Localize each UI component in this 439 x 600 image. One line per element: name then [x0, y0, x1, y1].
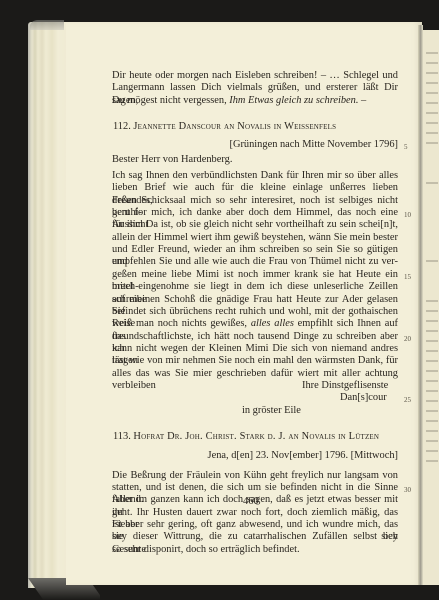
line-number: 20 — [404, 333, 411, 345]
closing-line: Ihre Dinstgeflisenste — [112, 380, 398, 392]
text-line: geht. Ihr Husten dauert zwar noch fort, … — [112, 507, 398, 519]
text-line: deßen Schicksaal mich so sehr interesire… — [112, 195, 398, 207]
facing-page-text-ghost — [426, 430, 438, 432]
line-number: 30 — [404, 484, 411, 496]
facing-page-text-ghost — [426, 420, 438, 422]
facing-page-text-ghost — [426, 410, 438, 412]
closing-signature: Dan[s]cour25 — [112, 392, 398, 404]
letter-112: 112. Jeannette Danscour an Novalis in We… — [112, 121, 398, 417]
facing-page-text-ghost — [426, 182, 438, 184]
text-line: allein der Himmel wiert ihm gewiß beyste… — [112, 232, 398, 244]
line-number: 15 — [404, 271, 411, 283]
salutation: Bester Herr von Hardenberg. — [112, 154, 398, 166]
line-number: 25 — [404, 394, 411, 406]
letter-heading: 113. Hofrat Dr. Joh. Christ. Stark d. J.… — [113, 431, 398, 443]
text-line: lieben Brief wie auch für die kleine ein… — [112, 182, 398, 194]
facing-page-text-ghost — [426, 300, 438, 302]
text-line: geßen meine liebe Mimi ist noch immer kr… — [112, 269, 398, 281]
text-line: Ich sag Ihnen den verbündlichsten Dank f… — [112, 170, 398, 182]
text-line: Langermann lassen Dich vielmals grüßen, … — [112, 82, 398, 94]
facing-page-text-ghost — [426, 390, 438, 392]
text-column: Dir heute oder morgen nach Eisleben schr… — [112, 70, 398, 556]
text-line: bey dieser Wittrung, die zu catarrhalisc… — [112, 531, 398, 543]
facing-page-text-ghost — [426, 400, 438, 402]
facing-page-text-ghost — [426, 122, 438, 124]
facing-page-text-ghost — [426, 82, 438, 84]
page-stack-top-curl — [30, 20, 64, 30]
facing-page-text-ghost — [426, 440, 438, 442]
text-line: Du mögest nicht vergessen, Ihm Etwas gle… — [112, 95, 398, 107]
facing-page-text-ghost — [426, 380, 438, 382]
letter-title: Hofrat Dr. Joh. Christ. Stark d. J. an N… — [133, 431, 379, 442]
text-line: kann nicht wegen der Kleinen Mimi Die si… — [112, 343, 398, 355]
dateline: Jena, d[en] 23. Nov[ember] 1796. [Mittwo… — [112, 450, 398, 462]
book-scan: Dir heute oder morgen nach Eisleben schr… — [0, 0, 439, 600]
text-line: für ihm Da ist, ob sie gleich nicht sehr… — [112, 219, 398, 231]
dateline: [Grüningen nach Mitte November 1796]5 — [112, 139, 398, 151]
facing-page-text-ghost — [426, 330, 438, 332]
letter-title: Jeannette Danscour an Novalis in Weissen… — [133, 121, 336, 132]
facing-page-text-ghost — [426, 340, 438, 342]
text-line: Dir heute oder morgen nach Eisleben schr… — [112, 70, 398, 82]
facing-page-text-ghost — [426, 370, 438, 372]
background-bottom — [100, 585, 439, 600]
facing-page-text-ghost — [426, 320, 438, 322]
line-number: 5 — [404, 141, 408, 153]
letter-number: 112. — [113, 121, 131, 132]
text-line: weiß man noch nichts gewißes, alles alle… — [112, 318, 398, 330]
text-line: so sehr disponirt, doch so erträglich be… — [112, 544, 398, 556]
letter-113: 113. Hofrat Dr. Joh. Christ. Stark d. J.… — [112, 431, 398, 556]
facing-page-text-ghost — [426, 350, 438, 352]
facing-page-text-ghost — [426, 112, 438, 114]
text-run: – — [358, 95, 366, 106]
facing-page-text-ghost — [426, 142, 438, 144]
facing-page-text-ghost — [426, 102, 438, 104]
text-line: Die Beßrung der Fräulein von Kühn geht f… — [112, 470, 398, 482]
text-line: empfehlen Sie und alle wie auch die Frau… — [112, 256, 398, 268]
facing-page-text-ghost — [426, 72, 438, 74]
facing-page-text-ghost — [426, 52, 438, 54]
text-line: gent for mich, ich danke aber doch dem H… — [112, 207, 398, 219]
text-run: Du mögest nicht vergessen, — [112, 95, 229, 106]
text-line: mitel eingenohme sie liegt in dem ich di… — [112, 281, 398, 293]
text-line: statten, und ist denen, die sich um sie … — [112, 482, 398, 494]
dateline-text: [Grüningen nach Mitte November 1796] — [229, 139, 398, 150]
facing-page-text-ghost — [426, 92, 438, 94]
text-line: ist aber sehr gering, oft ganz abwesend,… — [112, 519, 398, 531]
text-line: läst wie von mir nehmen Sie noch ein mah… — [112, 355, 398, 367]
facing-page-text-ghost — [426, 360, 438, 362]
text-line: auf meinen Schohß die gnädige Frau hatt … — [112, 294, 398, 306]
letter-number: 113. — [113, 431, 131, 442]
closing-note: in gröster Eile — [112, 405, 398, 417]
facing-page-text-ghost — [426, 132, 438, 134]
letter-heading: 112. Jeannette Danscour an Novalis in We… — [113, 121, 398, 133]
text-line: freundschaftlichste, ich hätt noch tause… — [112, 331, 398, 343]
facing-page-text-ghost — [426, 260, 438, 262]
page-number: 460 — [243, 496, 259, 507]
facing-page-text-ghost — [426, 460, 438, 462]
facing-page-text-ghost — [426, 62, 438, 64]
text-line: alles das was Sie mier geschrieben dafür… — [112, 368, 398, 380]
text-line: befindet sich übrüchens recht ruhich und… — [112, 306, 398, 318]
page-stack-edge — [28, 22, 68, 588]
facing-page-text-ghost — [426, 450, 438, 452]
italic-run: Ihm Etwas gleich zu schreiben. — [229, 95, 358, 106]
text-line: und Edler Freund, wieder an ihm schreibe… — [112, 244, 398, 256]
line-number: 10 — [404, 209, 411, 221]
facing-page-sliver — [423, 30, 439, 590]
facing-page-text-ghost — [426, 310, 438, 312]
